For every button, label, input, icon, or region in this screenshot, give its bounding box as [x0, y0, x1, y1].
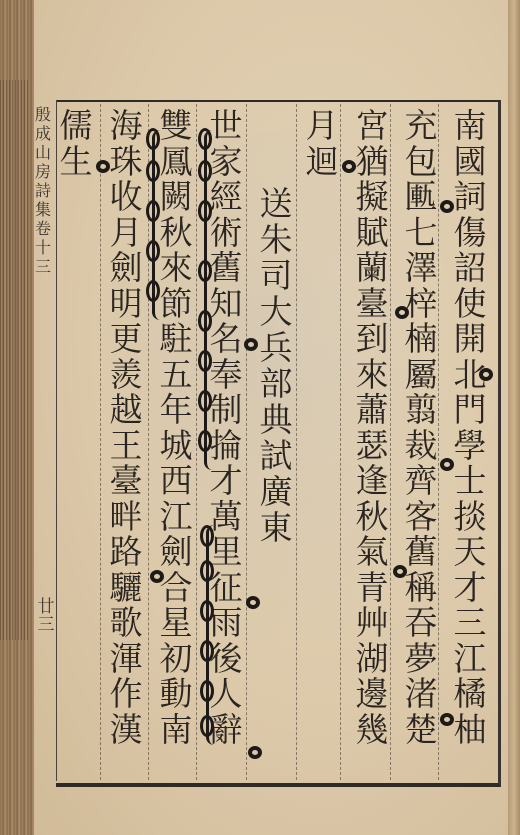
- poem-title-column: 送朱司大兵部典試廣東: [254, 186, 298, 546]
- page-edges: [0, 80, 30, 640]
- glyph: 初: [160, 641, 193, 677]
- glyph: 司: [260, 258, 293, 294]
- glyph: 蘭: [356, 250, 389, 286]
- glyph: 楚: [405, 712, 438, 748]
- emphasis-chain-line: [204, 130, 223, 470]
- glyph: 典: [260, 402, 293, 438]
- glyph: 氣: [356, 534, 389, 570]
- print-frame-left-rule: [56, 100, 57, 781]
- glyph: 宮: [356, 108, 389, 144]
- text-column-1: 南國詞傷詔使開北門學士掞天才三江橘柚: [448, 108, 492, 747]
- glyph: 殷: [35, 105, 51, 124]
- glyph: 包: [405, 144, 438, 180]
- glyph: 客: [405, 499, 438, 535]
- glyph: 迴: [306, 144, 339, 180]
- glyph: 匭: [405, 179, 438, 215]
- punctuation-circle-mark: [440, 200, 454, 213]
- glyph: 屬: [405, 357, 438, 393]
- glyph: 夢: [405, 641, 438, 677]
- glyph: 羨: [110, 357, 143, 393]
- glyph: 三: [35, 257, 51, 276]
- glyph: 廣: [260, 474, 293, 510]
- glyph: 臺: [356, 286, 389, 322]
- glyph: 生: [60, 144, 93, 180]
- glyph: 東: [260, 510, 293, 546]
- glyph: 翦: [405, 392, 438, 428]
- glyph: 艸: [356, 605, 389, 641]
- punctuation-circle-mark: [395, 306, 409, 319]
- glyph: 路: [110, 534, 143, 570]
- glyph: 柚: [454, 712, 487, 748]
- margin-title: 殷成山房詩集卷十三: [33, 105, 53, 276]
- punctuation-circle-mark: [393, 565, 407, 578]
- glyph: 到: [356, 321, 389, 357]
- text-column-2: 充包匭七澤梓楠屬翦裁齊客舊稱吞夢渚楚: [399, 108, 443, 747]
- glyph: 朱: [260, 222, 293, 258]
- glyph: 門: [454, 392, 487, 428]
- glyph: 梓: [405, 286, 438, 322]
- emphasis-chain-line: [206, 525, 225, 745]
- glyph: 七: [405, 215, 438, 251]
- punctuation-circle-mark: [440, 713, 454, 726]
- glyph: 五: [160, 357, 193, 393]
- glyph: 送: [260, 186, 293, 222]
- glyph: 舊: [405, 534, 438, 570]
- glyph: 房: [35, 162, 51, 181]
- punctuation-circle-mark: [479, 368, 493, 381]
- glyph: 開: [454, 321, 487, 357]
- glyph: 江: [160, 499, 193, 535]
- glyph: 海: [110, 108, 143, 144]
- glyph: 士: [454, 463, 487, 499]
- glyph: 集: [35, 200, 51, 219]
- glyph: 十: [35, 238, 51, 257]
- emphasis-chain-line: [152, 130, 171, 320]
- glyph: 稱: [405, 570, 438, 606]
- glyph: 王: [110, 428, 143, 464]
- punctuation-circle-mark: [248, 746, 262, 759]
- glyph: 收: [110, 179, 143, 215]
- glyph: 擬: [356, 179, 389, 215]
- glyph: 兵: [260, 330, 293, 366]
- glyph: 猶: [356, 144, 389, 180]
- column-divider: [340, 104, 341, 780]
- glyph: 齊: [405, 463, 438, 499]
- glyph: 楠: [405, 321, 438, 357]
- text-column-3: 宮猶擬賦蘭臺到來蕭瑟逢秋氣青艸湖邊幾: [350, 108, 394, 747]
- glyph: 作: [110, 676, 143, 712]
- glyph: 蕭: [356, 392, 389, 428]
- glyph: 瑟: [356, 428, 389, 464]
- glyph: 儒: [60, 108, 93, 144]
- glyph: 渚: [405, 676, 438, 712]
- glyph: 動: [160, 676, 193, 712]
- glyph: 掞: [454, 499, 487, 535]
- margin-page-number: 廿三: [36, 598, 56, 634]
- glyph: 江: [454, 641, 487, 677]
- text-column-8: 海珠收月劍明更羨越王臺畔路驪歌渾作漢: [104, 108, 148, 747]
- glyph: 珠: [110, 144, 143, 180]
- glyph: 西: [160, 463, 193, 499]
- glyph: 山: [35, 143, 51, 162]
- column-divider: [100, 104, 101, 780]
- glyph: 年: [160, 392, 193, 428]
- glyph: 大: [260, 294, 293, 330]
- glyph: 南: [454, 108, 487, 144]
- glyph: 三: [38, 616, 55, 634]
- glyph: 青: [356, 570, 389, 606]
- glyph: 卷: [35, 219, 51, 238]
- glyph: 傷: [454, 215, 487, 251]
- glyph: 詔: [454, 250, 487, 286]
- glyph: 驪: [110, 570, 143, 606]
- text-column-9: 儒生: [54, 108, 98, 179]
- text-column-4: 月迴: [300, 108, 344, 179]
- glyph: 裁: [405, 428, 438, 464]
- glyph: 充: [405, 108, 438, 144]
- glyph: 月: [306, 108, 339, 144]
- glyph: 南: [160, 712, 193, 748]
- glyph: 邊: [356, 676, 389, 712]
- glyph: 吞: [405, 605, 438, 641]
- glyph: 三: [454, 605, 487, 641]
- right-page-edge: [508, 0, 520, 835]
- glyph: 部: [260, 366, 293, 402]
- glyph: 合: [160, 570, 193, 606]
- glyph: 詞: [454, 179, 487, 215]
- glyph: 明: [110, 286, 143, 322]
- glyph: 逢: [356, 463, 389, 499]
- glyph: 國: [454, 144, 487, 180]
- glyph: 詩: [35, 181, 51, 200]
- glyph: 渾: [110, 641, 143, 677]
- punctuation-circle-mark: [96, 160, 110, 173]
- glyph: 使: [454, 286, 487, 322]
- glyph: 來: [356, 357, 389, 393]
- glyph: 橘: [454, 676, 487, 712]
- glyph: 試: [260, 438, 293, 474]
- glyph: 天: [454, 534, 487, 570]
- glyph: 越: [110, 392, 143, 428]
- glyph: 星: [160, 605, 193, 641]
- glyph: 才: [454, 570, 487, 606]
- glyph: 學: [454, 428, 487, 464]
- glyph: 歌: [110, 605, 143, 641]
- punctuation-circle-mark: [150, 570, 164, 583]
- glyph: 廿: [38, 598, 55, 616]
- glyph: 澤: [405, 250, 438, 286]
- punctuation-circle-mark: [342, 160, 356, 173]
- glyph: 城: [160, 428, 193, 464]
- glyph: 成: [35, 124, 51, 143]
- glyph: 駐: [160, 321, 193, 357]
- glyph: 劍: [110, 250, 143, 286]
- punctuation-circle-mark: [244, 338, 258, 351]
- glyph: 臺: [110, 463, 143, 499]
- punctuation-circle-mark: [440, 458, 454, 471]
- glyph: 更: [110, 321, 143, 357]
- glyph: 劍: [160, 534, 193, 570]
- glyph: 秋: [356, 499, 389, 535]
- glyph: 賦: [356, 215, 389, 251]
- punctuation-circle-mark: [246, 596, 260, 609]
- glyph: 幾: [356, 712, 389, 748]
- glyph: 湖: [356, 641, 389, 677]
- glyph: 畔: [110, 499, 143, 535]
- glyph: 漢: [110, 712, 143, 748]
- glyph: 月: [110, 215, 143, 251]
